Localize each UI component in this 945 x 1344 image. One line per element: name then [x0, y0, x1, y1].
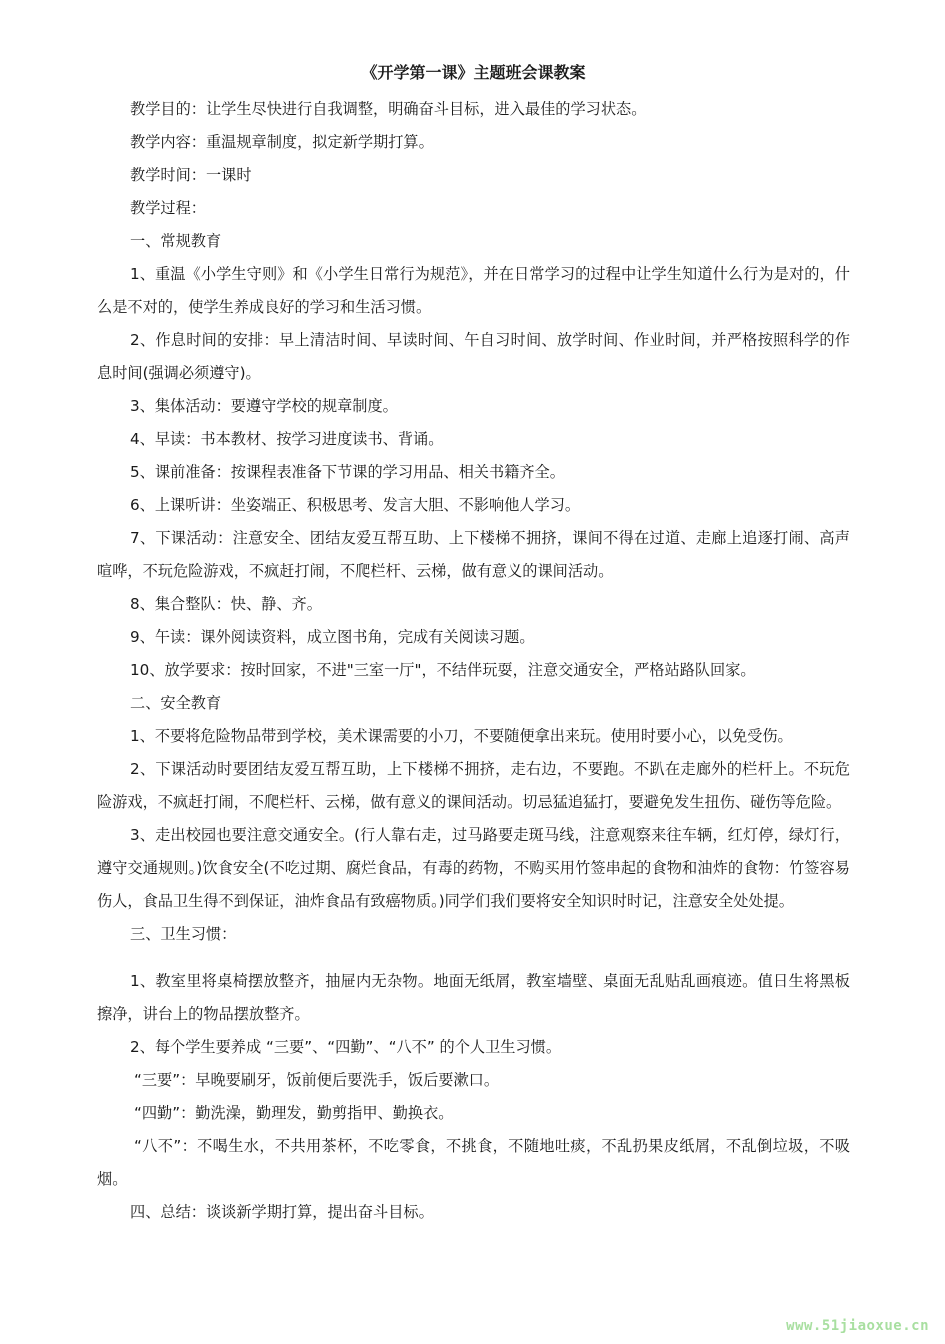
- list-item: 1、不要将危险物品带到学校，美术课需要的小刀，不要随便拿出来玩。使用时要小心，以…: [97, 720, 850, 753]
- paragraph-process: 教学过程：: [97, 192, 850, 225]
- list-item: 3、集体活动：要遵守学校的规章制度。: [97, 390, 850, 423]
- list-item: 2、下课活动时要团结友爱互帮互助，上下楼梯不拥挤，走右边，不要跑。不趴在走廊外的…: [97, 753, 850, 819]
- paragraph-objective: 教学目的：让学生尽快进行自我调整，明确奋斗目标，进入最佳的学习状态。: [97, 93, 850, 126]
- list-item: 8、集合整队：快、静、齐。: [97, 588, 850, 621]
- list-item: “八不”：不喝生水，不共用茶杯，不吃零食，不挑食，不随地吐痰，不乱扔果皮纸屑，不…: [97, 1130, 850, 1196]
- document-page: 《开学第一课》主题班会课教案 教学目的：让学生尽快进行自我调整，明确奋斗目标，进…: [97, 60, 850, 1229]
- paragraph-duration: 教学时间：一课时: [97, 159, 850, 192]
- watermark: www.51jiaoxue.cn: [786, 1318, 929, 1334]
- list-item: 9、午读：课外阅读资料，成立图书角，完成有关阅读习题。: [97, 621, 850, 654]
- section-heading-hygiene: 三、卫生习惯：: [97, 918, 850, 951]
- list-item: 7、下课活动：注意安全、团结友爱互帮互助、上下楼梯不拥挤，课间不得在过道、走廊上…: [97, 522, 850, 588]
- list-item: 6、上课听讲：坐姿端正、积极思考、发言大胆、不影响他人学习。: [97, 489, 850, 522]
- list-item: 2、每个学生要养成 “三要”、“四勤”、“八不” 的个人卫生习惯。: [97, 1031, 850, 1064]
- list-item: “四勤”：勤洗澡，勤理发，勤剪指甲、勤换衣。: [97, 1097, 850, 1130]
- section-heading-routine: 一、常规教育: [97, 225, 850, 258]
- list-item: 1、重温《小学生守则》和《小学生日常行为规范》，并在日常学习的过程中让学生知道什…: [97, 258, 850, 324]
- list-item: 4、早读：书本教材、按学习进度读书、背诵。: [97, 423, 850, 456]
- list-item: 5、课前准备：按课程表准备下节课的学习用品、相关书籍齐全。: [97, 456, 850, 489]
- section-heading-safety: 二、安全教育: [97, 687, 850, 720]
- list-item: “三要”：早晚要刷牙，饭前便后要洗手，饭后要漱口。: [97, 1064, 850, 1097]
- section-heading-summary: 四、总结：谈谈新学期打算，提出奋斗目标。: [97, 1196, 850, 1229]
- list-item: 3、走出校园也要注意交通安全。(行人靠右走，过马路要走斑马线，注意观察来往车辆，…: [97, 819, 850, 918]
- list-item: 2、作息时间的安排：早上清洁时间、早读时间、午自习时间、放学时间、作业时间，并严…: [97, 324, 850, 390]
- document-title: 《开学第一课》主题班会课教案: [97, 60, 850, 86]
- list-item: 1、教室里将桌椅摆放整齐，抽屉内无杂物。地面无纸屑，教室墙壁、桌面无乱贴乱画痕迹…: [97, 965, 850, 1031]
- list-item: 10、放学要求：按时回家，不进"三室一厅"，不结伴玩耍，注意交通安全，严格站路队…: [97, 654, 850, 687]
- paragraph-content: 教学内容：重温规章制度，拟定新学期打算。: [97, 126, 850, 159]
